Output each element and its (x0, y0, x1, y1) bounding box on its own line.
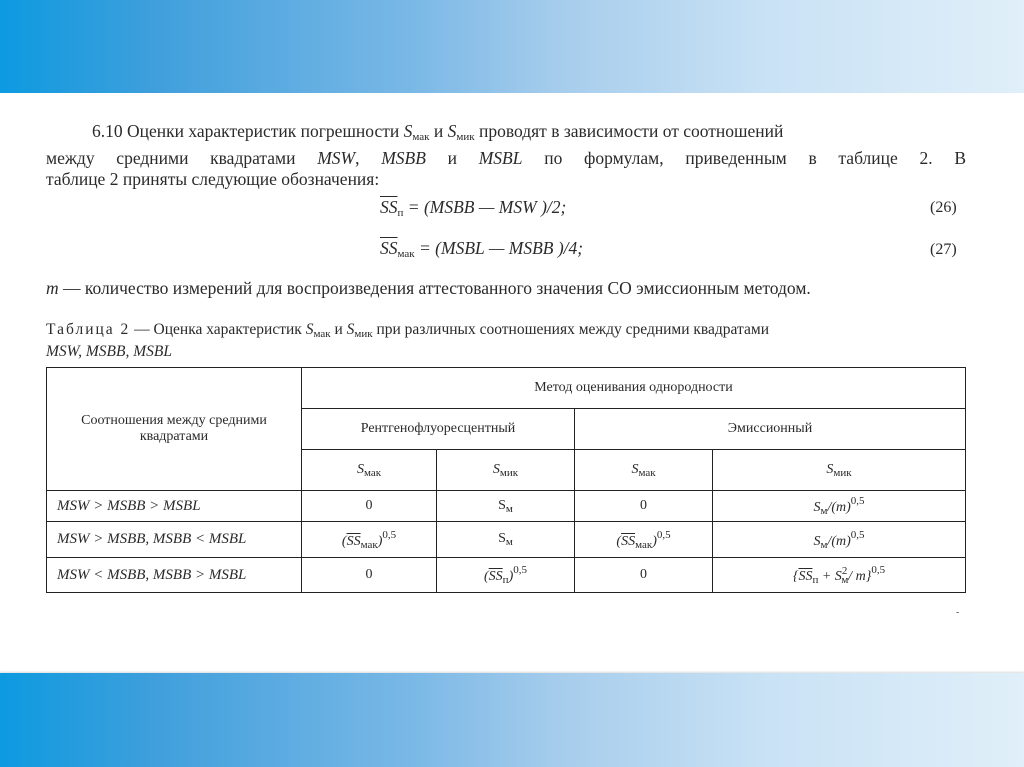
cell-relation: MSW > MSBB, MSBB < MSBL (47, 522, 302, 558)
rhs: = (MSBL — MSBB )/4; (415, 238, 583, 258)
s: S (493, 462, 500, 477)
symbol-m: m (46, 278, 59, 298)
msbb: MSBB (381, 148, 426, 168)
text: — Оценка характеристик (130, 321, 305, 338)
table-row: MSW < MSBB, MSBB > MSBL 0 (SSп)0,5 0 {SS… (47, 558, 966, 593)
text: по формулам, приведенным в таблице 2. В (522, 148, 966, 168)
equation-number-27: (27) (930, 241, 957, 259)
page-mark: - (956, 607, 959, 618)
table-2: Соотношения между средними квадратами Ме… (46, 367, 966, 593)
sub: мак (364, 467, 381, 479)
s: S (357, 462, 364, 477)
caption-line2: MSW, MSBB, MSBL (46, 343, 966, 361)
equation-number-26: (26) (930, 199, 957, 217)
rhs: = (MSBB — MSW )/2; (403, 197, 566, 217)
formula-26: SSп = (MSBB — MSW )/2; (380, 197, 566, 219)
header-xrf-smin: Sмик (437, 450, 575, 491)
bottom-banner (0, 673, 1024, 767)
table-caption: Таблица 2 — Оценка характеристик Sмак и … (46, 321, 966, 361)
msbl: MSBL (479, 148, 523, 168)
sub: мик (500, 467, 518, 479)
cell-em-max: (SSмак)0,5 (575, 522, 713, 558)
sub: мак (412, 131, 429, 143)
cell-em-min: Sм/(m)0,5 (713, 491, 966, 522)
sub: мак (638, 467, 655, 479)
m-definition: m — количество измерений для воспроизвед… (46, 278, 966, 299)
cell-xrf-max: 0 (302, 491, 437, 522)
text: 6.10 Оценки характеристик погрешности (92, 121, 404, 141)
table-row: MSW > MSBB, MSBB < MSBL (SSмак)0,5 Sм (S… (47, 522, 966, 558)
sub: мик (456, 131, 474, 143)
cell-xrf-max: 0 (302, 558, 437, 593)
cell-em-min: Sм/(m)0,5 (713, 522, 966, 558)
msw: MSW (317, 148, 355, 168)
header-xrf-smax: Sмак (302, 450, 437, 491)
cell-xrf-max: (SSмак)0,5 (302, 522, 437, 558)
formula-27: SSмак = (MSBL — MSBB )/4; (380, 238, 583, 260)
table-row: MSW > MSBB > MSBL 0 Sм 0 Sм/(m)0,5 (47, 491, 966, 522)
header-em-smin: Sмик (713, 450, 966, 491)
caption-label: Таблица 2 (46, 321, 130, 338)
lhs: SS (380, 197, 398, 217)
paragraph-6-10: 6.10 Оценки характеристик погрешности Sм… (46, 121, 966, 190)
header-em-smax: Sмак (575, 450, 713, 491)
cell-xrf-min: (SSп)0,5 (437, 558, 575, 593)
lhs: SS (380, 238, 398, 258)
cell-em-min: {SSп + S2м/ m}0,5 (713, 558, 966, 593)
text: проводят в зависимости от соотношений (475, 121, 784, 141)
sub: мик (354, 328, 372, 340)
text: и (430, 121, 448, 141)
sub: мак (313, 328, 330, 340)
header-relation: Соотношения между средними квадратами (47, 368, 302, 491)
sub: мак (398, 248, 415, 260)
top-banner (0, 0, 1024, 93)
cell-xrf-min: Sм (437, 522, 575, 558)
cell-relation: MSW > MSBB > MSBL (47, 491, 302, 522)
cell-em-max: 0 (575, 558, 713, 593)
header-emission: Эмиссионный (575, 409, 966, 450)
text: таблице 2 приняты следующие обозначения: (46, 169, 966, 190)
sub: мик (833, 467, 851, 479)
text: — количество измерений для воспроизведен… (59, 278, 811, 298)
cell-relation: MSW < MSBB, MSBB > MSBL (47, 558, 302, 593)
slide-content: 6.10 Оценки характеристик погрешности Sм… (0, 93, 1024, 673)
header-xrf: Рентгенофлуоресцентный (302, 409, 575, 450)
text: при различных соотношениях между средним… (373, 321, 769, 338)
cell-em-max: 0 (575, 491, 713, 522)
cell-xrf-min: Sм (437, 491, 575, 522)
text: между средними квадратами (46, 148, 317, 168)
header-method: Метод оценивания однородности (302, 368, 966, 409)
